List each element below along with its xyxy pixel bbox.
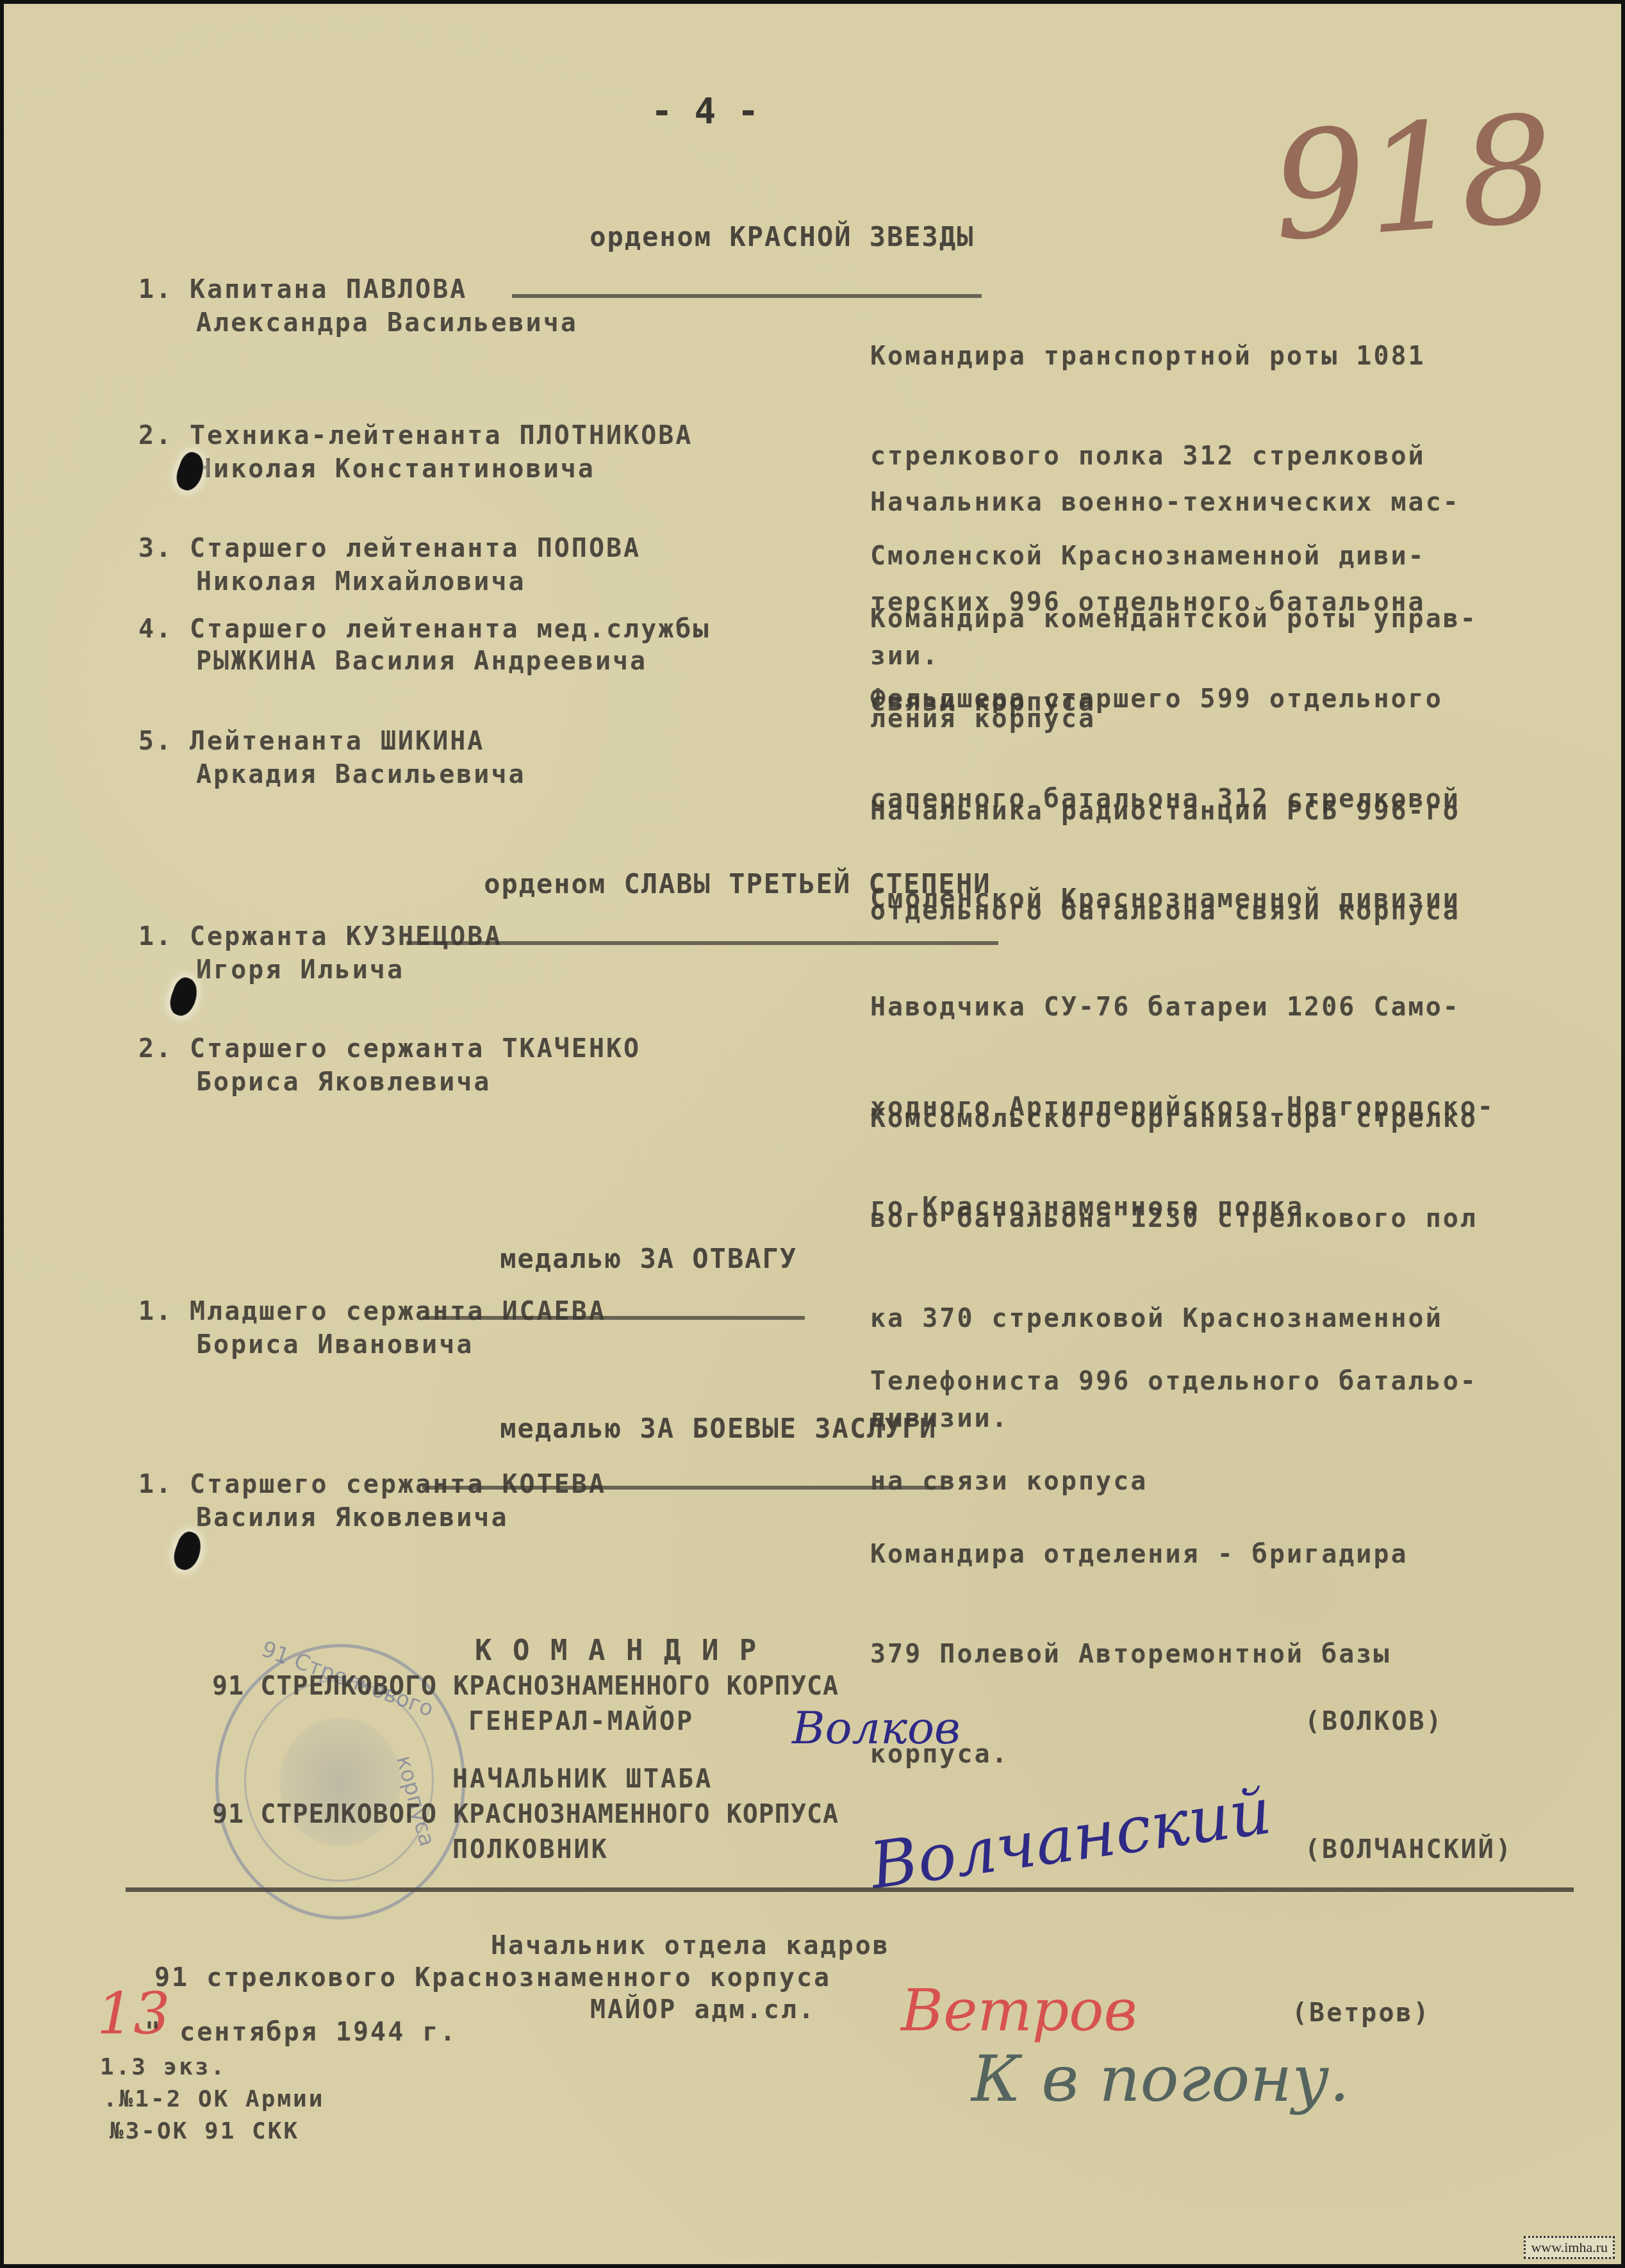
heading-text: орденом СЛАВЫ ТРЕТЬЕЙ СТЕПЕНИ: [484, 868, 991, 900]
entry-rank-surname: Капитана ПАВЛОВА: [190, 275, 467, 304]
position-line: Фельдшера старшего 599 отдельного: [870, 682, 1581, 716]
personnel-chief-title: Начальник отдела кадров: [491, 1929, 890, 1962]
entry-number: 3.: [138, 532, 190, 565]
distribution-line: №3-ОК 91 СКК: [110, 2115, 299, 2148]
entry-number: 5.: [138, 725, 190, 758]
entry-given-names: Николая Константиновича: [138, 452, 888, 486]
position-line: Командира транспортной роты 1081: [870, 340, 1581, 373]
position-line: Начальника военно-технических мас-: [870, 486, 1581, 519]
commander-unit: 91 СТРЕЛКОВОГО КРАСНОЗНАМЕННОГО КОРПУСА: [212, 1670, 839, 1703]
commander-rank: ГЕНЕРАЛ-МАЙОР: [468, 1705, 694, 1738]
position-line: Начальника радиостанции РСБ 996-го: [870, 794, 1581, 828]
personnel-chief-signature: Ветров: [901, 1977, 1137, 2044]
chief-of-staff-name: (ВОЛЧАНСКИЙ): [1305, 1833, 1513, 1866]
personnel-chief-rank: МАЙОР адм.сл.: [590, 1993, 816, 2026]
entry-name: 1.Капитана ПАВЛОВА: [138, 273, 830, 306]
entry-given-names: Николая Михайловича: [138, 565, 888, 598]
entry-number: 4.: [138, 612, 190, 646]
entry-name: 1.Сержанта КУЗНЕЦОВА: [138, 920, 830, 953]
section-heading-for-courage: медалью ЗА ОТВАГУ: [430, 1212, 797, 1306]
distribution-line: .№1-2 ОК Армии: [103, 2083, 324, 2116]
entry-name: 2.Старшего сержанта ТКАЧЕНКО: [138, 1032, 830, 1065]
section-heading-glory: орденом СЛАВЫ ТРЕТЬЕЙ СТЕПЕНИ: [414, 837, 991, 931]
entry-given-names: РЫЖКИНА Василия Андреевича: [138, 645, 888, 678]
chief-of-staff-rank: ПОЛКОВНИК: [452, 1833, 609, 1866]
entry-rank-surname: Старшего лейтенанта мед.службы: [190, 614, 710, 644]
entry-given-names: Игоря Ильича: [138, 953, 888, 987]
document-page: - 4 - 918 орденом КРАСНОЙ ЗВЕЗДЫ 1.Капит…: [4, 4, 1621, 2264]
entry-number: 2.: [138, 1032, 190, 1065]
position-line: корпуса.: [870, 1738, 1581, 1771]
heading-text: медалью ЗА БОЕВЫЕ ЗАСЛУГИ: [500, 1413, 937, 1444]
entry-given-names: Бориса Яковлевича: [138, 1065, 888, 1099]
entry-name: 1.Младшего сержанта ИСАЕВА: [138, 1295, 830, 1328]
entry-rank-surname: Лейтенанта ШИКИНА: [190, 727, 484, 756]
document-date: " сентября 1944 г.: [145, 2016, 457, 2049]
entry-number: 1.: [138, 1468, 190, 1501]
entry-rank-surname: Старшего сержанта КОТЕВА: [190, 1470, 606, 1499]
archive-mark: 918: [1267, 84, 1560, 274]
entry-number: 1.: [138, 1295, 190, 1328]
entry-number: 1.: [138, 273, 190, 306]
entry-given-names: Александра Васильевича: [138, 306, 888, 340]
chief-of-staff-title: НАЧАЛЬНИК ШТАБА: [452, 1763, 713, 1796]
heading-text: медалью ЗА ОТВАГУ: [500, 1243, 797, 1274]
entry-name: 3.Старшего лейтенанта ПОПОВА: [138, 532, 830, 565]
personnel-chief-name: (Ветров): [1292, 1996, 1431, 2030]
punch-hole: [170, 1529, 206, 1573]
separator-line: [126, 1887, 1574, 1892]
position-line: Командира отделения - бригадира: [870, 1538, 1581, 1571]
entry-name: 4.Старшего лейтенанта мед.службы: [138, 612, 830, 646]
entry-given-names: Василия Яковлевича: [138, 1501, 888, 1534]
commander-signature: Волков: [792, 1702, 961, 1754]
entry-number: 1.: [138, 920, 190, 953]
position-line: Телефониста 996 отдельного батальо-: [870, 1365, 1581, 1398]
entry-given-names: Аркадия Васильевича: [138, 758, 888, 791]
commander-name: (ВОЛКОВ): [1305, 1705, 1444, 1738]
section-heading-red-star: орденом КРАСНОЙ ЗВЕЗДЫ: [520, 190, 974, 284]
heading-text: орденом КРАСНОЙ ЗВЕЗДЫ: [590, 221, 974, 252]
chief-of-staff-unit: 91 СТРЕЛКОВОГО КРАСНОЗНАМЕННОГО КОРПУСА: [212, 1798, 839, 1831]
entry-rank-surname: Старшего сержанта ТКАЧЕНКО: [190, 1034, 641, 1064]
personnel-chief-unit: 91 стрелкового Краснознаменного корпуса: [154, 1961, 831, 1994]
entry-name: 1.Старшего сержанта КОТЕВА: [138, 1468, 830, 1501]
entry-name: 2.Техника-лейтенанта ПЛОТНИКОВА: [138, 419, 830, 452]
copies-count: 1.3 экз.: [100, 2051, 226, 2084]
watermark: www.imha.ru: [1524, 2236, 1615, 2259]
entry-rank-surname: Старшего лейтенанта ПОПОВА: [190, 534, 641, 563]
entry-rank-surname: Техника-лейтенанта ПЛОТНИКОВА: [190, 421, 693, 450]
entry-given-names: Бориса Ивановича: [138, 1328, 888, 1361]
position-line: вого батальона 1230 стрелкового пол: [870, 1202, 1581, 1235]
entry-number: 2.: [138, 419, 190, 452]
handwritten-note: К в погону.: [971, 2041, 1349, 2116]
position-line: 379 Полевой Авторемонтной базы: [870, 1638, 1581, 1671]
page-number: - 4 -: [651, 90, 759, 132]
position-line: Наводчика СУ-76 батареи 1206 Само-: [870, 990, 1581, 1024]
section-heading-combat-merit: медалью ЗА БОЕВЫЕ ЗАСЛУГИ: [430, 1381, 937, 1475]
entry-rank-surname: Младшего сержанта ИСАЕВА: [190, 1297, 606, 1326]
position-line: Комсомольского организатора стрелко: [870, 1102, 1581, 1135]
commander-title: К О М А Н Д И Р: [475, 1634, 758, 1668]
entry-rank-surname: Сержанта КУЗНЕЦОВА: [190, 922, 502, 951]
entry-name: 5.Лейтенанта ШИКИНА: [138, 725, 830, 758]
